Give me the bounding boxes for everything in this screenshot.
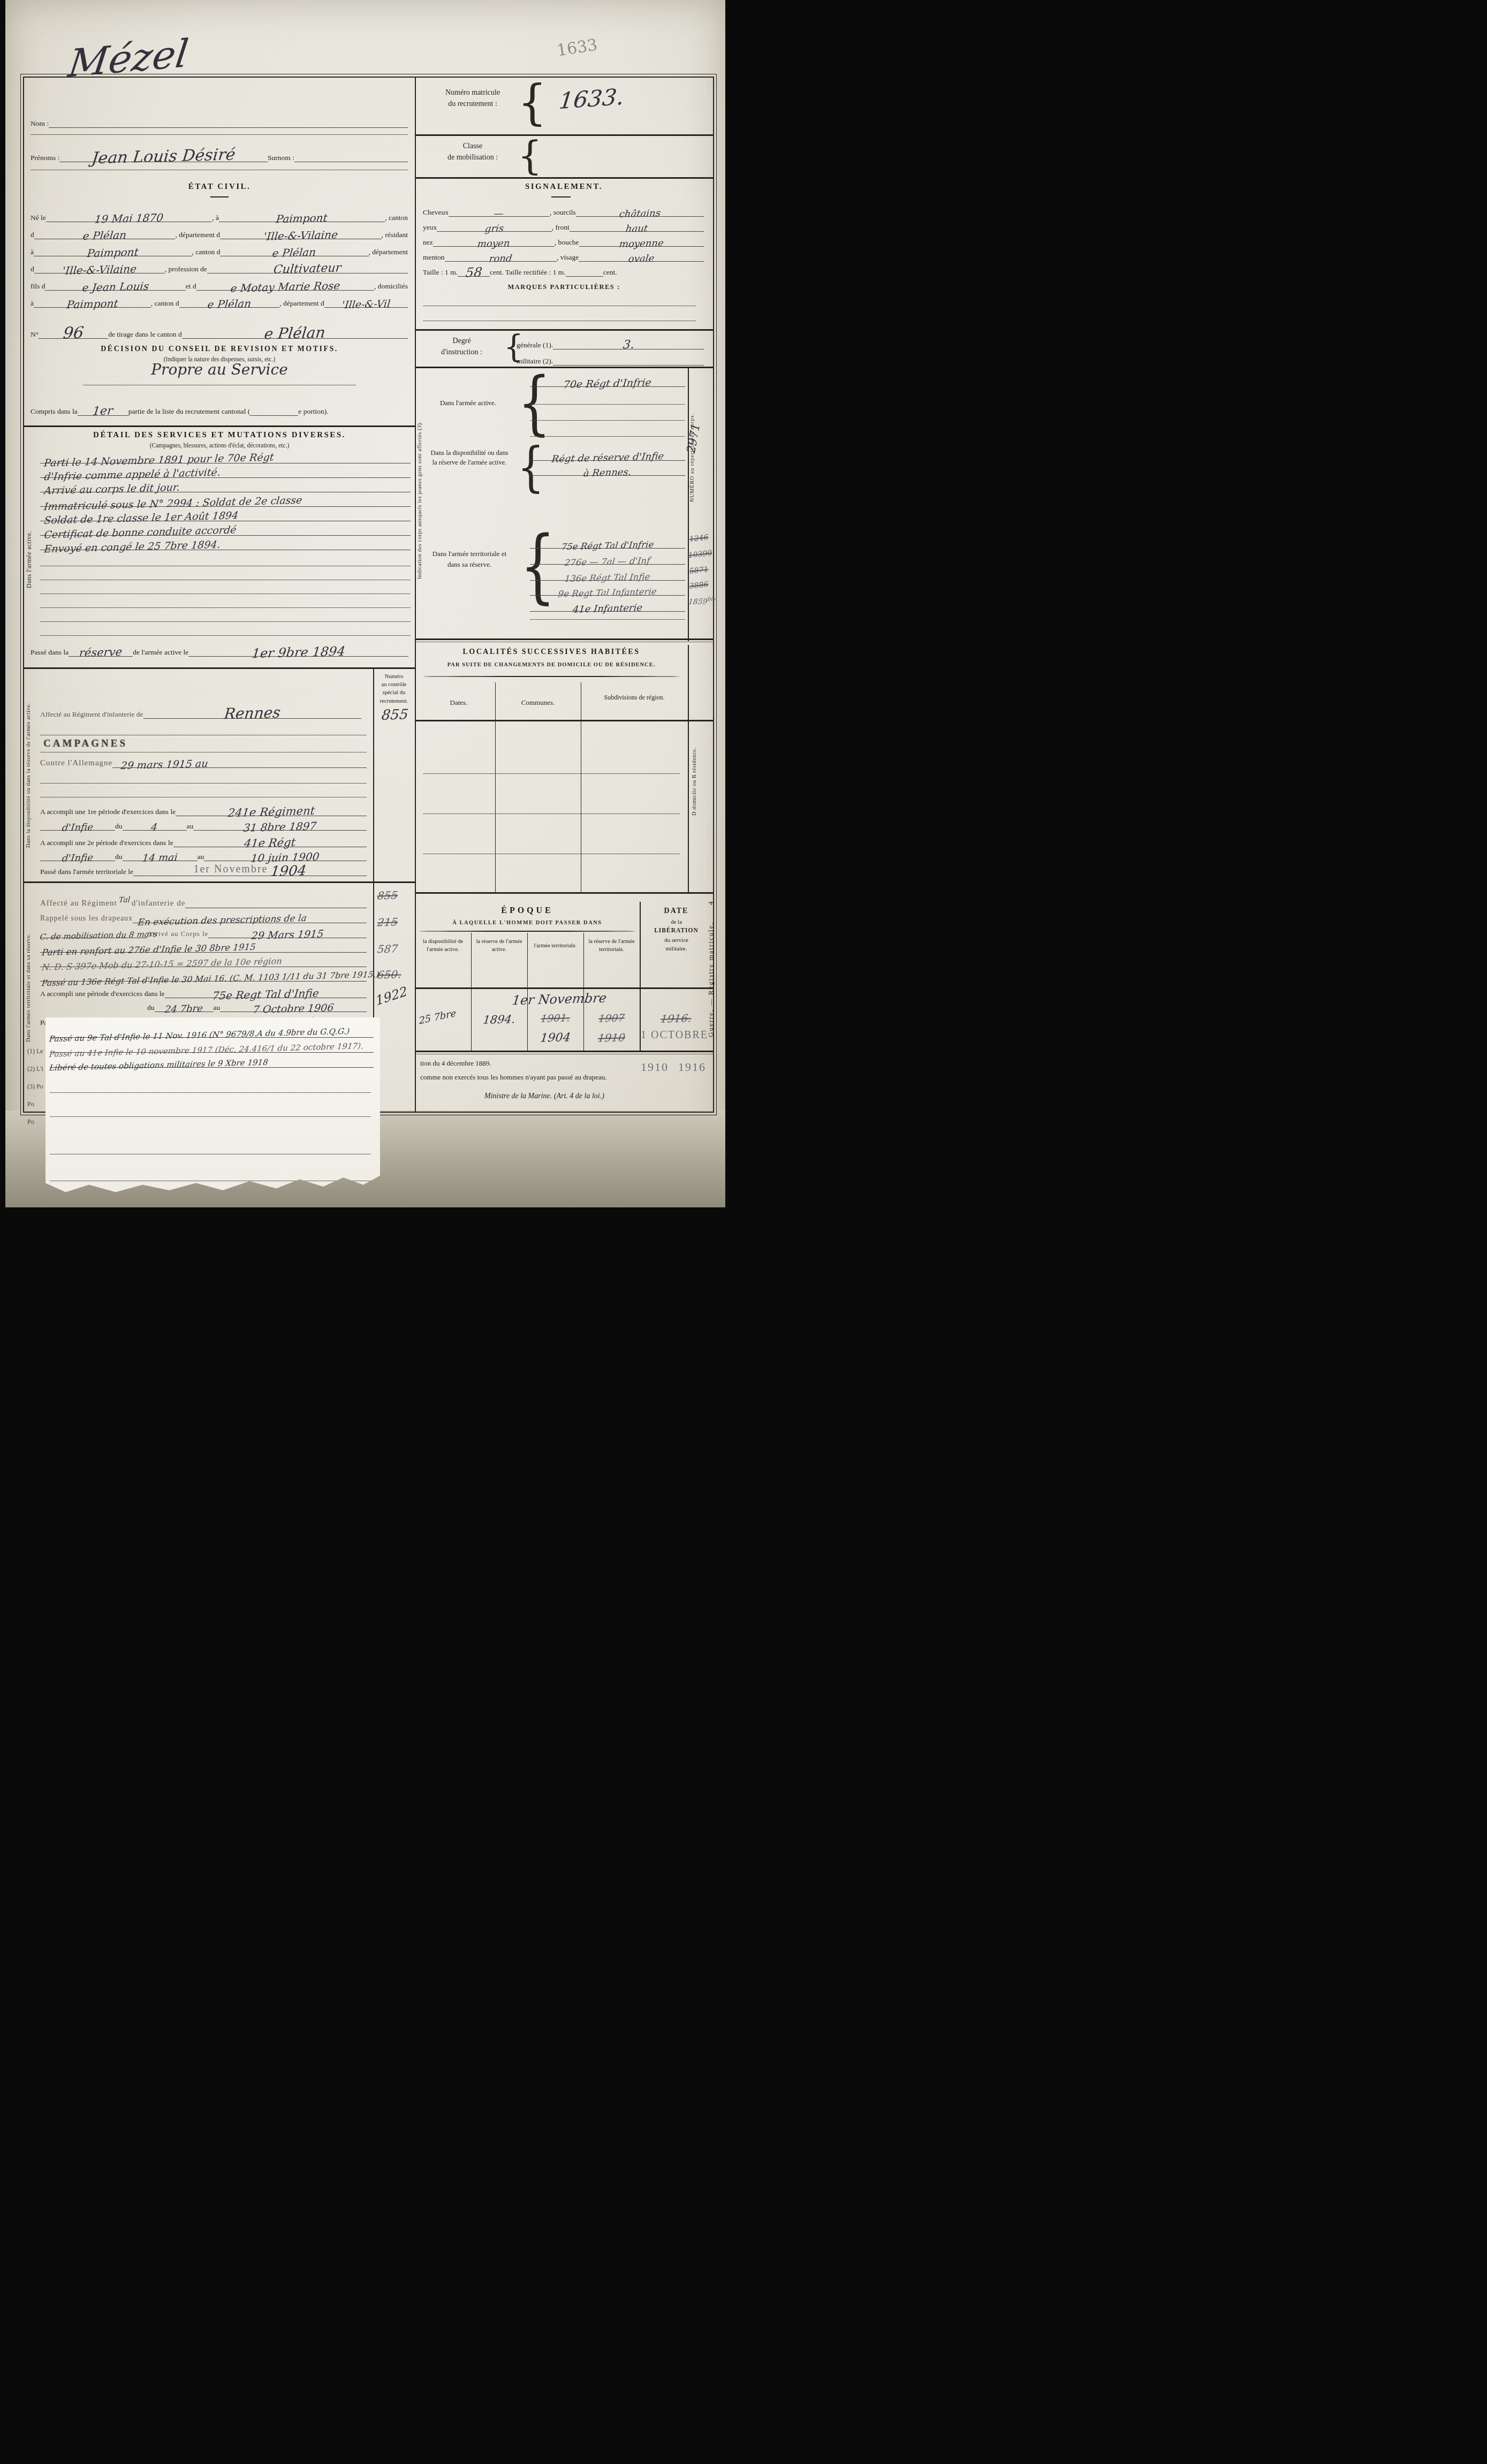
degre-generale-row: générale (1). 3. [517,336,704,349]
dr-strip-line [688,645,689,892]
tal-superscript: Tal [118,898,131,904]
value: 1er 9bre 1894 [251,645,346,659]
column-divider [415,78,416,1112]
portion-field [250,415,298,416]
ec-row-5: fils d e Jean Louis et d e Motay Marie R… [31,275,408,291]
corps-number-main: 1859 [688,597,708,606]
label: du [115,822,123,831]
label: Compris dans la [31,407,78,416]
degre-value: 3. [623,340,635,351]
slip-line: Libéré de toutes obligations militaires … [49,1059,269,1071]
footnote-marine: Ministre de la Marine. (Art. 4 de la loi… [484,1092,604,1101]
tirage-row: N° 96 de tirage dans le canton d e Pléla… [31,320,408,339]
section-rule [24,881,415,883]
disponibilite-vertical-label: Dans la disponibilité ou dans la réserve… [25,672,40,879]
label: N° [31,330,39,339]
footnote-fragment: (2) L'i [27,1065,43,1073]
label: , profession de [165,265,207,273]
decision-value-wrap: Propre au Service [88,363,351,377]
blank-rule [40,783,367,784]
rule [83,385,356,385]
campagne-enemy: Contre l'Allemagne [40,759,112,768]
corps-entry: 41e Infanterie [572,604,643,614]
degre-l1: Degré [423,336,500,347]
epoque-header-rule [415,987,713,989]
sig-row-taille: Taille : 1 m. 58 cent. Taille rectifiée … [423,262,704,277]
territoriale-stamp: 1er Novembre [193,863,268,876]
affecte-value: Rennes [223,706,281,721]
footnote-fragment: (3) Po [27,1083,43,1091]
blank-rule [50,1116,371,1117]
label: , résidant [382,231,408,239]
localites-title: LOCALITÉS SUCCESSIVES HABITÉES [415,648,688,657]
torn-paper-slip: Passé au 9e Tal d'Infie le 11 Nov. 1916 … [45,1017,380,1199]
label: cent. [603,268,617,277]
blank-rule [40,566,411,566]
sig-row-1: Cheveux — , sourcils châtains [423,202,704,217]
title-dash [210,196,229,197]
epoque-terr-value: 1904 [529,1033,581,1044]
rappele-row: Rappelé sous les drapeaux En exécution d… [40,908,367,923]
localites-subtitle: PAR SUITE DE CHANGEMENTS DE DOMICILE OU … [415,662,688,668]
liberation-stamp-month: 1 OCTOBRE [641,1029,708,1041]
classe-label-2: de mobilisation : [424,152,521,163]
sig-row-4: menton rond , visage ovale [423,247,704,262]
brace-glyph: { [518,79,547,127]
value: Cultivateur [273,264,342,276]
epoque-res-terr-struck2: 1910 [586,1033,638,1043]
value: 'Ille-&-Vil [342,300,391,309]
rappele-stamp: Rappelé sous les drapeaux [40,915,133,923]
passe-reserve-row: Passé dans la réserve de l'armée active … [31,640,408,657]
corps-dispo-entry1: Régt de réserve d'Infie [530,446,685,461]
value: Paimpont [66,299,118,309]
date-sub3: militaire. [640,946,713,952]
controle-number-struck: 215 [377,918,398,927]
label: Né le [31,214,46,222]
controle-number: 855 [381,709,409,721]
controle-header: Numéro au contrôle spécial du recrutemen… [375,673,413,705]
blank-rule [530,404,685,405]
stamp-text: Affecté au Régiment [40,899,117,908]
value: à Rennes. [583,468,632,478]
liberation-stamp-year1: 1910 [641,1060,669,1074]
value: 4 [151,823,158,832]
label: , département d [175,231,220,239]
prenoms-label: Prénoms : [31,154,59,162]
decision-title: DÉCISION DU CONSEIL DE REVISION ET MOTIF… [24,345,415,354]
controle-number-struck: 650. [377,970,402,979]
date-sub2: du service [640,937,713,944]
section-rule [415,329,713,331]
label: , canton d [192,248,221,256]
epoque-brace-line [419,931,635,932]
brace-glyph: { [518,136,542,175]
tirage-canton: e Plélan [264,326,327,341]
controle-number-struck: 855 [377,891,398,901]
controle-h2: au contrôle [375,681,413,689]
label: cent. Taille rectifiée : 1 m. [490,268,566,277]
section-rule [24,667,415,669]
epoque-bottom-rule-2 [415,1054,713,1054]
label: , à [212,214,219,222]
epoque-col-header: la disponibilité de l'armée active. [416,938,469,954]
prenoms-row: Prénoms : Jean Louis Désiré Surnom : [31,143,408,162]
epoque-terr-struck: 1901. [529,1014,581,1024]
blank-rule [40,594,411,594]
value: 19 Mai 1870 [94,213,164,224]
controle-number: 587 [377,945,398,954]
blank-rule [50,1154,371,1154]
epoque-liberation-struck: 1916. [643,1013,709,1024]
classe-label: Classe de mobilisation : [424,141,521,163]
value: 'Ille-&-Vilaine [62,264,137,276]
sig-row-3: nez moyen , bouche moyenne [423,232,704,247]
label: e portion). [298,407,328,416]
localites-row-rule [423,813,680,814]
services-subtitle: (Campagnes, blessures, actions d'éclat, … [24,443,415,449]
blank-rule [40,735,367,735]
localites-bottom-rule [415,892,713,894]
controle-h4: recrutement. [375,697,413,705]
label: , bouche [555,238,579,247]
matricule-label-1: Numéro matricule [424,87,521,98]
value: e Plélan [82,231,127,241]
liberation-stamp-year2: 1916 [678,1060,706,1074]
degre-l2: d'instruction : [423,347,500,358]
corps-active-entry: 70e Régt d'Infrie [530,371,685,387]
corps-number-struck: 5871 [689,567,709,575]
name-signature: Mézel [67,37,191,80]
epoque-dispo-value: 25 7bre [419,1009,456,1025]
matricule-value: 1633. [558,87,625,111]
periode3-row1: A accompli une période d'exercices dans … [40,982,367,998]
label: , domiciliés [374,282,408,291]
corps-active-value: 70e Régt d'Infrie [563,378,652,389]
arrive-corps-row: C. de mobilisation du 8 mars Arrivé au C… [40,923,367,938]
epoque-title: ÉPOQUE [415,906,640,916]
label: et d [186,282,196,291]
blank-rule [50,1181,371,1181]
campagne-dates: 29 mars 1915 au [120,759,209,770]
numero-repertoire-vertical-label: NUMÉRO au répertoire du corps. [689,380,712,535]
blank-rule [40,635,411,636]
nom-field [49,127,408,128]
localites-header-rule [415,720,713,721]
epoque-col-header: la réserve de l'armée territoriale. [585,938,638,954]
nom-row: Nom : [31,111,408,128]
marques-title: MARQUES PARTICULIÈRES : [415,283,713,291]
label: de l'armée active le [133,648,188,657]
epoque-col-header: la réserve de l'armée active. [473,938,526,954]
passe-territoriale-row: Passé dans l'armée territoriale le 1er N… [40,859,367,876]
label: , canton d [151,299,179,308]
corps-territoriale-label: Dans l'armée territoriale et dans sa rés… [429,549,510,569]
label: de tirage dans le canton d [108,330,182,339]
label: yeux [423,223,437,232]
footnote-fragment: Po [27,1100,34,1108]
localites-brace-line [423,676,680,677]
periode1-row1: A accompli une 1re période d'exercices d… [40,800,367,816]
section-rule [24,425,415,427]
territoriale-vertical-label: Dans l'armée territoriale et dans sa rés… [25,886,40,1089]
label: , canton [385,214,408,222]
label: Passé dans la [31,648,69,657]
epoque-res-terr-struck: 1907 [586,1014,638,1024]
surnom-label: Surnom : [268,154,294,162]
epoque-bottom-rule [415,1051,713,1052]
compris-row: Compris dans la 1er partie de la liste d… [31,399,408,416]
periode2-row1: A accompli une 2e période d'exercices da… [40,831,367,847]
blank-rule [50,1092,371,1093]
blank-rule [40,797,367,797]
label: , département [369,248,408,256]
value: Paimpont [87,248,139,258]
label: d [31,231,34,239]
tirage-number: 96 [63,326,85,340]
label: fils d [31,282,45,291]
scanned-military-register-page: 1633 Guerre. — Registre matricule. 4 Méz… [0,0,743,1232]
epoque-col-header: l'armée territoriale. [529,942,582,950]
footnote-right: tion du 4 décembre 1889. [420,1059,634,1068]
date-title: DATE [640,907,713,916]
ec-row-1: Né le 19 Mai 1870 , à Paimpont , canton [31,206,408,222]
date-sub: de la [640,919,713,925]
matricule-form: Mézel Nom : Prénoms : Jean Louis Désiré … [23,77,714,1113]
label: d [31,265,34,273]
epoque-col-line [471,933,472,1052]
ec-row-6: à Paimpont , canton d e Plélan , départe… [31,292,408,308]
blank-rule [423,321,696,321]
rule [415,134,713,136]
blank-rule [423,306,696,306]
etat-civil-title: ÉTAT CIVIL. [24,182,415,192]
compris-value: 1er [92,407,113,417]
label: , visage [557,253,579,262]
footnote-right: comme non exercés tous les hommes n'ayan… [420,1073,709,1082]
localites-col-line [495,682,496,892]
affecte-row: Affecté au Régiment d'infanterie de Renn… [40,702,361,719]
blank-rule [530,420,685,421]
blank-rule [530,619,685,620]
ec-row-4: d 'Ille-&-Vilaine , profession de Cultiv… [31,257,408,273]
label: nez [423,238,433,247]
value: e Plélan [272,248,316,258]
footnote-fragment: (1) Le [27,1047,43,1055]
periode3-row2: du 24 7bre au 7 Octobre 1906 [40,997,367,1012]
value: e Jean Louis [81,282,149,292]
label: Cheveux [423,208,449,217]
corps-number-struck: 10390 [688,551,713,559]
section-rule [415,367,713,368]
title-dash [551,196,571,197]
controle-h1: Numéro [375,673,413,681]
corps-active-label: Dans l'armée active. [429,398,507,408]
corps-number-struck: 1246 [689,535,709,543]
localites-row-rule [423,773,680,774]
label: au [187,822,194,831]
sig-row-2: yeux gris , front haut [423,217,704,232]
label: A accompli une 1re période d'exercices d… [40,808,176,816]
localites-col-dates: Dates. [429,698,488,707]
controle-number: 1922 [375,986,408,1007]
prenoms-field: Jean Louis Désiré [59,150,268,163]
matricule-label-2: du recrutement : [424,98,521,110]
localites-col-communes: Communes. [500,698,575,707]
controle-h3: spécial du [375,689,413,697]
corps-dispo-label: Dans la disponibilité ou dans la réserve… [429,448,510,467]
taille-rectifiee-field [566,276,603,277]
corps-number: 1859bis [688,597,716,606]
services-title: DÉTAIL DES SERVICES ET MUTATIONS DIVERSE… [24,431,415,440]
field [553,365,704,366]
prenoms-value: Jean Louis Désiré [91,148,236,165]
label: Taille : 1 m. [423,268,458,277]
section-rule [415,638,713,640]
blank-rule [40,621,411,622]
ec-row-2: d e Plélan , département d 'Ille-&-Vilai… [31,223,408,239]
ec-row-3: à Paimpont , canton d e Plélan , départe… [31,240,408,256]
rule [415,177,713,179]
nom-label: Nom : [31,119,49,128]
corps-vertical-label: Indication des corps auxquels les jeunes… [416,372,430,629]
surnom-field [294,162,408,162]
decision-value: Propre au Service [151,361,288,378]
blank-rule [530,436,685,437]
corps-number-bis: bis [707,596,716,602]
epoque-subtitle: À LAQUELLE L'HOMME DOIT PASSER DANS [415,920,640,926]
label: Passé dans l'armée territoriale le [40,868,133,876]
campagnes-stamp: CAMPAGNES [43,738,127,750]
footnote-fragment: Po [27,1118,34,1126]
label: , département d [279,299,324,308]
stamp-text: d'infanterie de [132,899,186,908]
affecte-tal-row: Affecté au Régiment Tal d'infanterie de [40,892,367,908]
localites-row-rule [423,854,680,854]
taille-value: 58 [465,267,483,278]
service-line: Envoyé en congé le 25 7bre 1894. [44,541,221,554]
label: générale (1). [517,341,553,349]
classe-label-1: Classe [424,141,521,152]
label: partie de la liste du recrutement canton… [128,407,251,416]
value: e Plélan [207,299,252,309]
epoque-month-hw: 1er Novembre [478,992,640,1007]
corps-number-struck: 3886 [689,582,709,590]
blank-rule [40,580,411,580]
value: Paimpont [276,214,328,224]
section-rule-2 [415,642,713,642]
campagne-row: Contre l'Allemagne 29 mars 1915 au [40,753,367,768]
label: , sourcils [550,208,576,217]
localites-col-subdivisions: Subdivisions de région. [587,693,681,702]
label: menton [423,253,445,262]
corps-dispo-entry2: à Rennes. [530,461,685,476]
degre-label: Degré d'instruction : [423,336,500,358]
localites-col-line [581,682,581,892]
date-liberation: LIBÉRATION [640,927,713,934]
epoque-reserve-value: 1894. [473,1015,525,1025]
armee-active-vertical-label: Dans l'armée active. [25,452,38,666]
signalement-title: SIGNALEMENT. [415,182,713,192]
value: réserve [79,648,123,658]
territoriale-year: 1904 [270,865,307,878]
matricule-label: Numéro matricule du recrutement : [424,87,521,110]
blank-rule [40,607,411,608]
label: , front [552,223,570,232]
periode1-row2: d'Infie du 4 au 31 8bre 1897 [40,816,367,831]
rule [31,134,408,135]
value: 'Ille-&-Vilaine [263,230,338,241]
rule [31,170,408,170]
affecte-label: Affecté au Régiment d'infanterie de [40,710,143,719]
